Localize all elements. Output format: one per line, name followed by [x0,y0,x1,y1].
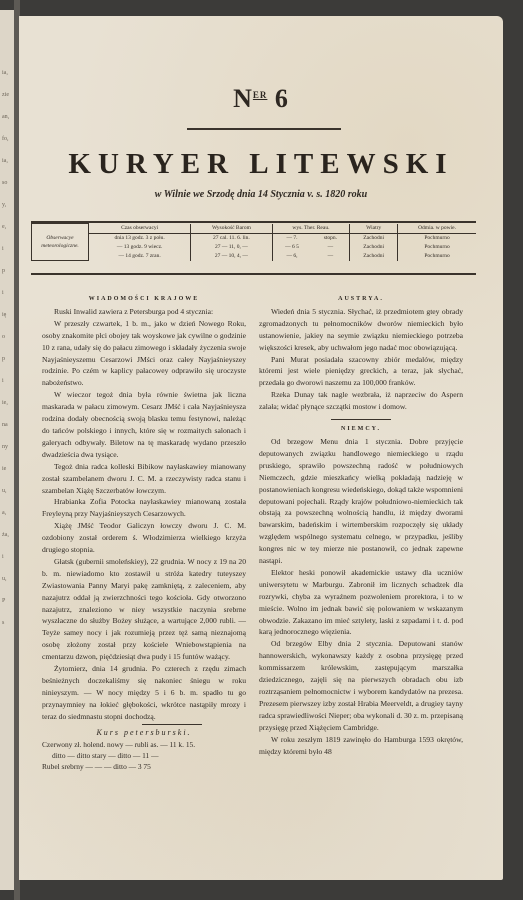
paragraph: Tegoż dnia radca kolleski Bibikow nayłas… [42,461,246,497]
meteo-cell: — 6, [272,252,311,261]
meteo-row: — 14 godz. 7 zran. 27 — 10, 4, — — 6, — … [32,252,477,261]
number-sup: ER [253,90,268,100]
paragraph: Hrabianka Zofia Potocka nayłaskawiey mia… [42,496,246,520]
masthead-rule [187,128,341,130]
divider [142,724,202,725]
paragraph: Rzeka Dunay tak nagle wezbrała, iż naprz… [259,389,463,413]
meteo-row: — 13 godz. 9 wiecz. 27 — 11, 0, — — 6 5 … [32,243,477,252]
paragraph: Elektor heski ponowił akademickie ustawy… [259,567,463,638]
meteo-header: Wysokość Barom [191,224,272,234]
meteo-label: Obserwacye meteorologiczne. [32,224,89,261]
meteo-cell: 27 cal. 11. 6. lin. [191,233,272,243]
issue-number: NER 6 [19,84,503,114]
meteo-cell: — [311,243,349,252]
rate-row: Czerwony zł. holend. nowy — rubli as. — … [42,739,246,750]
paragraph: Od brzegow Menu dnia 1 stycznia. Dobre p… [259,436,463,567]
paragraph: Wiedeń dnia 5 stycznia. Słychać, iż prze… [259,306,463,354]
meteo-cell: 27 — 10, 4, — [191,252,272,261]
paragraph: W wieczor tegoż dnia była równie świetna… [42,389,246,460]
meteo-cell: — 13 godz. 9 wiecz. [89,243,191,252]
meteo-cell: dnia 13 godz. 3 z połu. [89,233,191,243]
number-value: 6 [275,84,289,113]
meteo-row: dnia 13 godz. 3 z połu. 27 cal. 11. 6. l… [32,233,477,243]
meteo-cell: — 7. [272,233,311,243]
paragraph: Ruski Inwalid zawiera z Petersburga pod … [42,306,246,318]
newspaper-page: NER 6 KURYER LITEWSKI w Wilnie we Srzodę… [19,16,503,880]
meteo-cell: Zachodni [350,243,398,252]
meteo-cell: 27 — 11, 0, — [191,243,272,252]
meteo-header: Odmia. w powie. [398,224,476,234]
rate-row: Rubel srebrny — — — ditto — 3 75 [42,761,246,772]
meteo-cell: — 14 godz. 7 zran. [89,252,191,261]
rate-row: ditto — ditto stary — ditto — 11 — [42,750,246,761]
exchange-rates: Kurs petersburski. Czerwony zł. holend. … [42,727,246,772]
paragraph: Żytomierz, dnia 14 grudnia. Po czterech … [42,663,246,723]
paragraph: Pani Murat posiadała szacowny zbiór meda… [259,354,463,390]
meteo-cell: Zachodni [350,233,398,243]
meteo-cell: — 6 5 [272,243,311,252]
meteo-cell: Pochmurno [398,233,476,243]
rates-heading: Kurs petersburski. [42,727,246,739]
section-heading-domestic: WIADOMOŚCI KRAJOWE [42,294,246,306]
paragraph: Głatsk (gubernii smoleńskiey), 22 grudni… [42,556,246,663]
meteo-cell: — [311,252,349,261]
paragraph: Od brzegów Elby dnia 2 stycznia. Deputow… [259,638,463,733]
meteo-cell: Zachodni [350,252,398,261]
paragraph: W przeszły czwartek, 1 b. m., jako w dzi… [42,318,246,389]
meteo-cell: Pochmurno [398,243,476,252]
meteo-header: wys. Ther. Reau. [272,224,350,234]
newspaper-title: KURYER LITEWSKI [19,148,503,181]
left-column: WIADOMOŚCI KRAJOWE Ruski Inwalid zawiera… [42,294,246,772]
section-heading-austria: AUSTRYA. [259,294,463,306]
paragraph: Xiążę JMść Teodor Galiczyn łowczy dworu … [42,520,246,556]
dateline: w Wilnie we Srzodę dnia 14 Stycznia v. s… [19,189,503,200]
right-column: AUSTRYA. Wiedeń dnia 5 stycznia. Słychać… [259,294,463,757]
paragraph: W roku zeszłym 1819 zawinęło do Hamburga… [259,734,463,758]
meteo-cell: stopn. [311,233,349,243]
divider [331,419,391,420]
meteorological-table: Obserwacye meteorologiczne. Czas obserwa… [31,221,476,275]
meteo-cell: Pochmurno [398,252,476,261]
section-heading-germany: NIEMCY. [259,424,463,436]
meteo-header: Wiatry [350,224,398,234]
meteo-header: Czas obserwacyi [89,224,191,234]
number-label: N [233,84,253,113]
